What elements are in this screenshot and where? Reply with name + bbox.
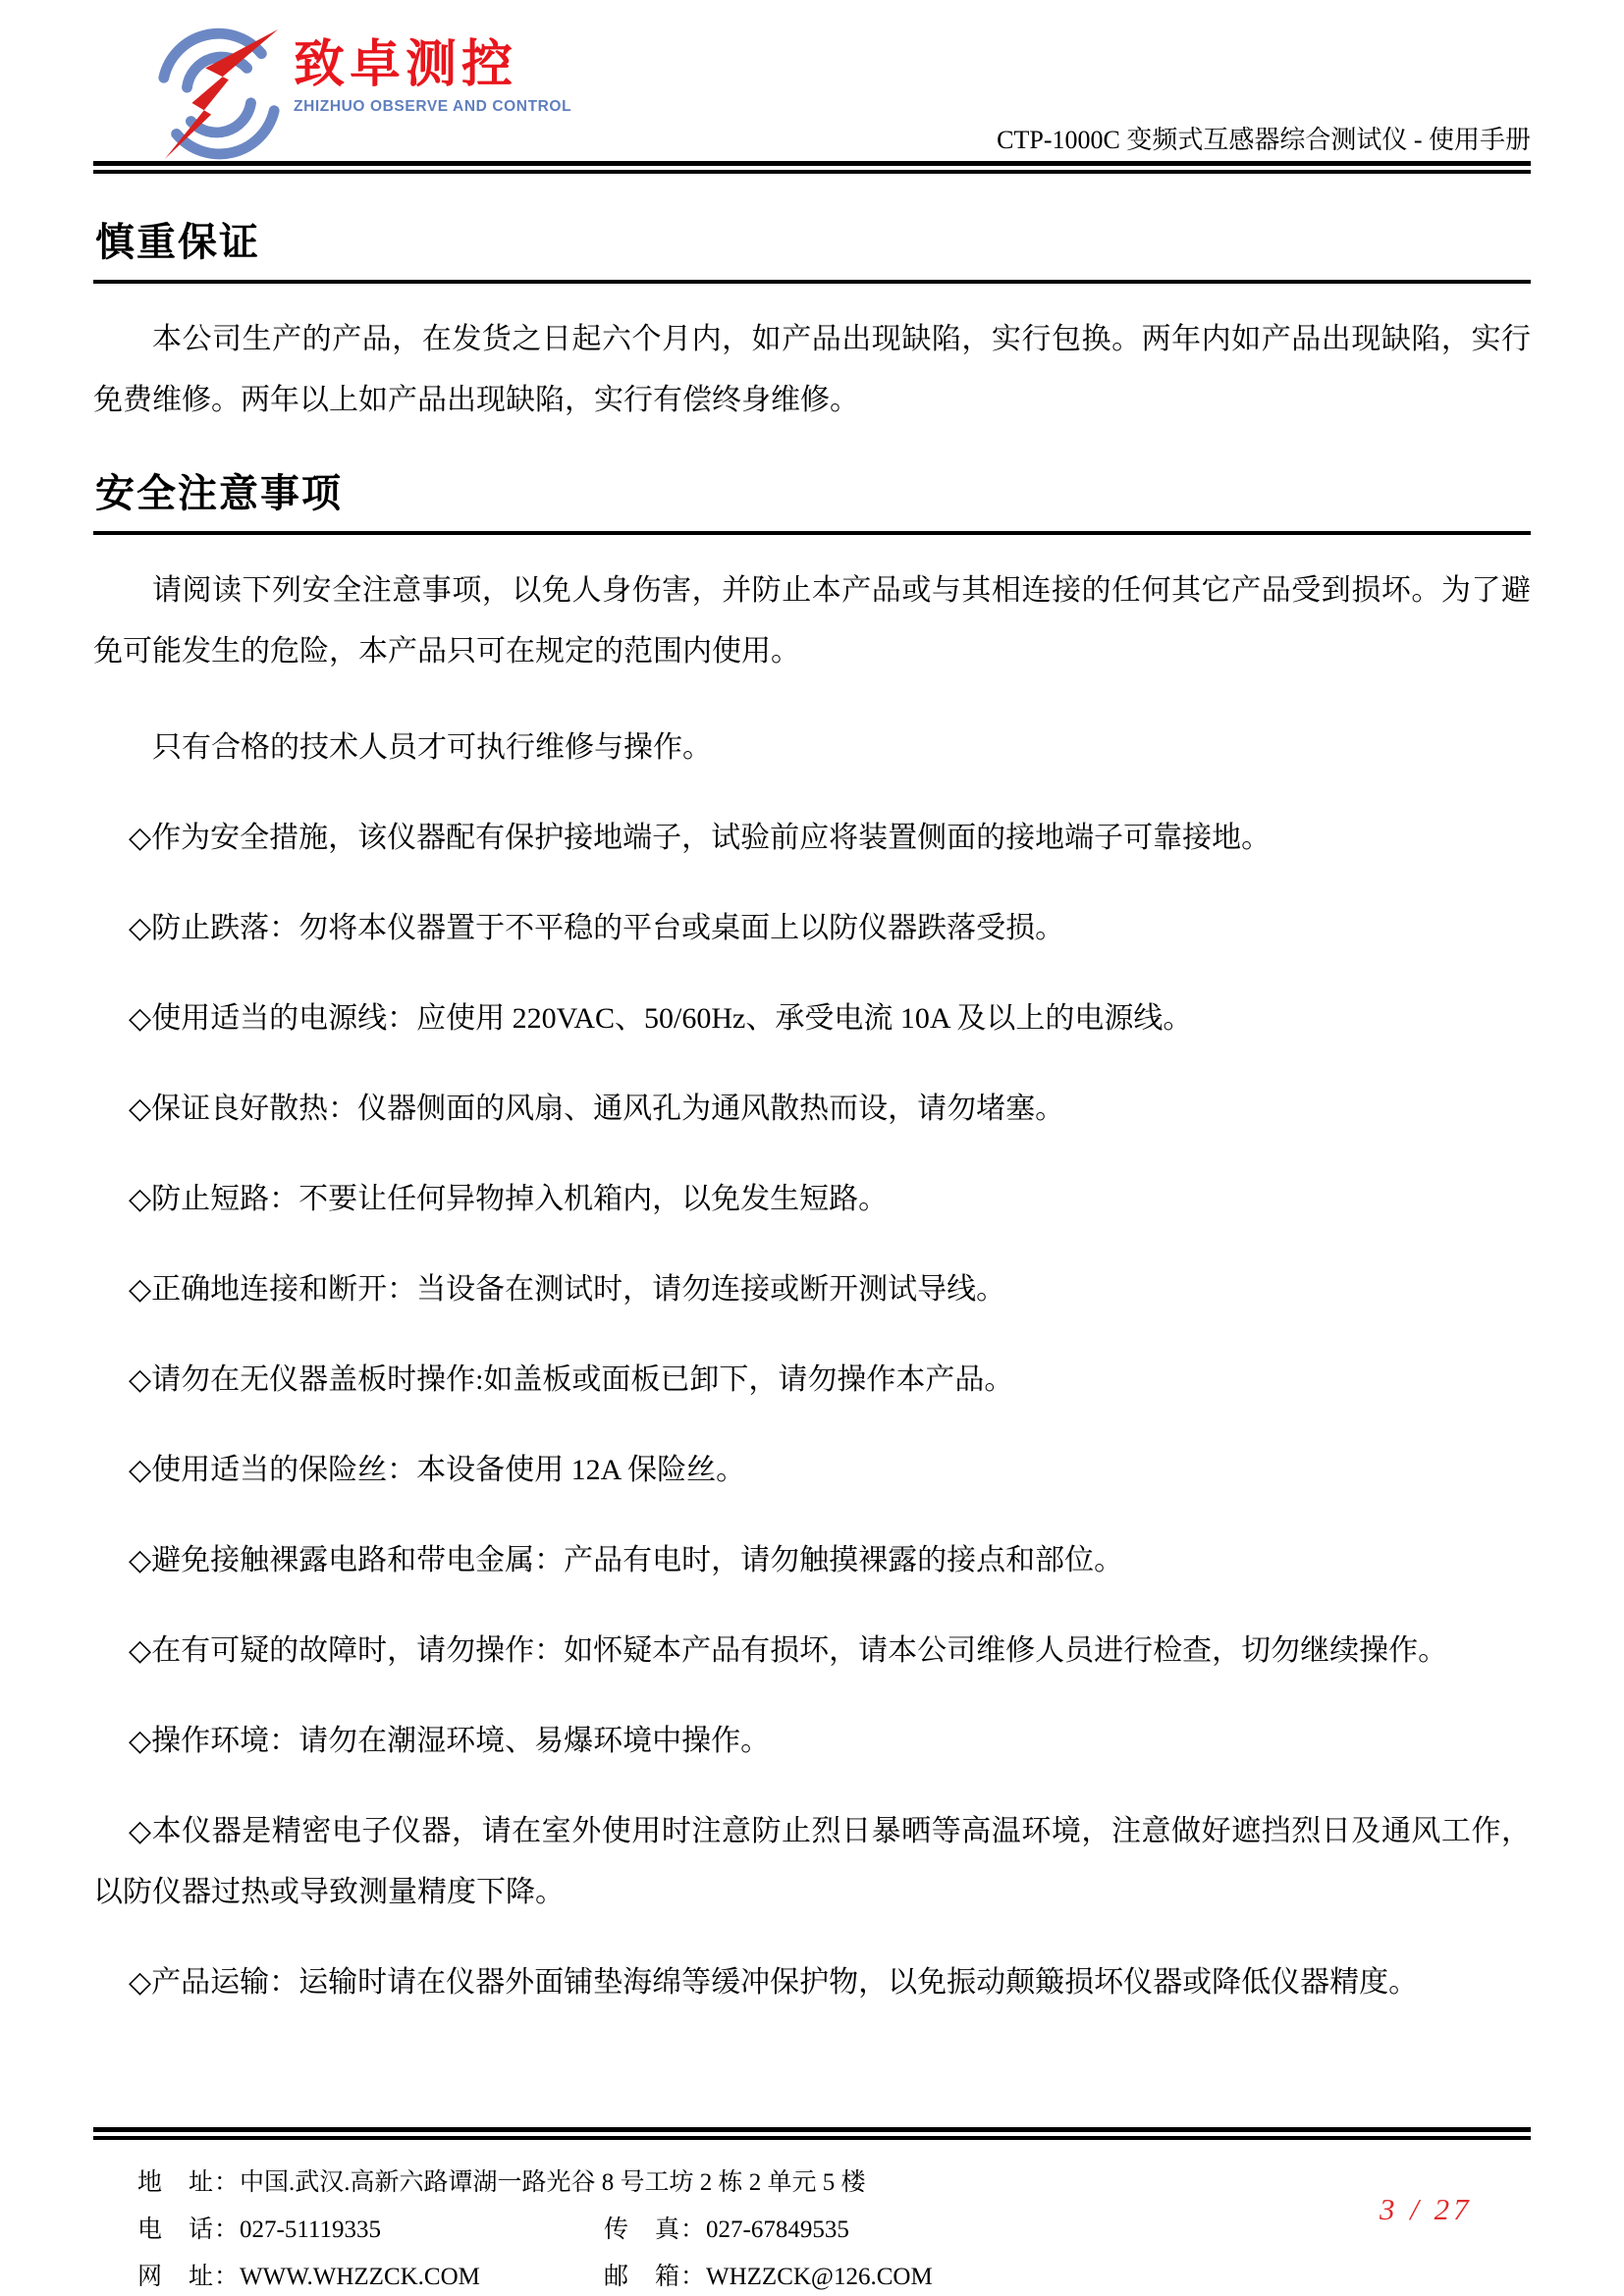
fax-value: 027-67849535	[706, 2216, 849, 2243]
fax-label: 传 真：	[604, 2216, 706, 2243]
website-label: 网 址：	[137, 2264, 240, 2290]
contact-block: 地 址：中国.武汉.高新六路谭湖一路光谷 8 号工坊 2 栋 2 单元 5 楼 …	[93, 2140, 1531, 2296]
address-label: 地 址：	[137, 2169, 240, 2196]
website-value: WWW.WHZZCK.COM	[240, 2264, 480, 2290]
website-cell: 网 址：WWW.WHZZCK.COM	[137, 2254, 604, 2296]
safety-item: ◇避免接触裸露电路和带电金属：产品有电时，请勿触摸裸露的接点和部位。	[93, 1530, 1531, 1591]
contact-web-email-row: 网 址：WWW.WHZZCK.COM 邮 箱：WHZZCK@126.COM	[137, 2254, 1531, 2296]
warranty-heading: 慎重保证	[93, 219, 1531, 284]
safety-item: ◇产品运输：运输时请在仪器外面铺垫海绵等缓冲保护物，以免振动颠簸损坏仪器或降低仪…	[93, 1952, 1531, 2013]
email-cell: 邮 箱：WHZZCK@126.COM	[604, 2254, 1531, 2296]
contact-address-row: 地 址：中国.武汉.高新六路谭湖一路光谷 8 号工坊 2 栋 2 单元 5 楼	[137, 2160, 1531, 2207]
document-title: CTP-1000C 变频式互感器综合测试仪 - 使用手册	[997, 126, 1531, 161]
safety-heading: 安全注意事项	[93, 470, 1531, 535]
page-header: 致卓测控 ZHIZHUO OBSERVE AND CONTROL CTP-100…	[0, 0, 1624, 174]
safety-item: ◇保证良好散热：仪器侧面的风扇、通风孔为通风散热而设，请勿堵塞。	[93, 1079, 1531, 1140]
email-value: WHZZCK@126.COM	[706, 2264, 933, 2290]
lightning-arcs-logo-icon	[154, 26, 284, 161]
warranty-paragraph: 本公司生产的产品，在发货之日起六个月内，如产品出现缺陷，实行包换。两年内如产品出…	[93, 309, 1531, 431]
safety-item: ◇请勿在无仪器盖板时操作:如盖板或面板已卸下，请勿操作本产品。	[93, 1350, 1531, 1411]
phone-label: 电 话：	[137, 2216, 240, 2243]
section-safety-notes: 安全注意事项 请阅读下列安全注意事项，以免人身伤害，并防止本产品或与其相连接的任…	[93, 470, 1531, 2013]
brand-subtitle: ZHIZHUO OBSERVE AND CONTROL	[294, 98, 571, 116]
safety-item: ◇防止跌落：勿将本仪器置于不平稳的平台或桌面上以防仪器跌落受损。	[93, 898, 1531, 959]
safety-item: ◇使用适当的电源线：应使用 220VAC、50/60Hz、承受电流 10A 及以…	[93, 988, 1531, 1049]
header-rule	[93, 161, 1531, 174]
safety-item: ◇正确地连接和断开：当设备在测试时，请勿连接或断开测试导线。	[93, 1259, 1531, 1320]
safety-item: ◇防止短路：不要让任何异物掉入机箱内，以免发生短路。	[93, 1169, 1531, 1230]
section-warranty: 慎重保证 本公司生产的产品，在发货之日起六个月内，如产品出现缺陷，实行包换。两年…	[93, 219, 1531, 431]
safety-intro-paragraph: 请阅读下列安全注意事项，以免人身伤害，并防止本产品或与其相连接的任何其它产品受到…	[93, 561, 1531, 682]
safety-item: ◇使用适当的保险丝：本设备使用 12A 保险丝。	[93, 1440, 1531, 1501]
logo-text: 致卓测控 ZHIZHUO OBSERVE AND CONTROL	[294, 26, 571, 116]
safety-item: ◇作为安全措施，该仪器配有保护接地端子，试验前应将装置侧面的接地端子可靠接地。	[93, 808, 1531, 869]
address-value: 中国.武汉.高新六路谭湖一路光谷 8 号工坊 2 栋 2 单元 5 楼	[240, 2169, 866, 2196]
safety-item: ◇在有可疑的故障时，请勿操作：如怀疑本产品有损坏，请本公司维修人员进行检查，切勿…	[93, 1621, 1531, 1682]
manual-page: 致卓测控 ZHIZHUO OBSERVE AND CONTROL CTP-100…	[0, 0, 1624, 2296]
page-number: 3 / 27	[1380, 2192, 1473, 2227]
phone-value: 027-51119335	[240, 2216, 381, 2243]
contact-phone-fax-row: 电 话：027-51119335 传 真：027-67849535	[137, 2207, 1531, 2254]
safety-item: ◇操作环境：请勿在潮湿环境、易爆环境中操作。	[93, 1711, 1531, 1772]
safety-qualified-line: 只有合格的技术人员才可执行维修与操作。	[93, 718, 1531, 778]
page-body: 慎重保证 本公司生产的产品，在发货之日起六个月内，如产品出现缺陷，实行包换。两年…	[0, 219, 1624, 2013]
company-logo: 致卓测控 ZHIZHUO OBSERVE AND CONTROL	[154, 26, 571, 161]
brand-name: 致卓测控	[294, 37, 571, 92]
footer-rule	[93, 2127, 1531, 2140]
email-label: 邮 箱：	[604, 2264, 706, 2290]
page-footer: 地 址：中国.武汉.高新六路谭湖一路光谷 8 号工坊 2 栋 2 单元 5 楼 …	[0, 2127, 1624, 2296]
phone-cell: 电 话：027-51119335	[137, 2207, 604, 2254]
safety-item: ◇本仪器是精密电子仪器，请在室外使用时注意防止烈日暴晒等高温环境，注意做好遮挡烈…	[93, 1801, 1531, 1923]
